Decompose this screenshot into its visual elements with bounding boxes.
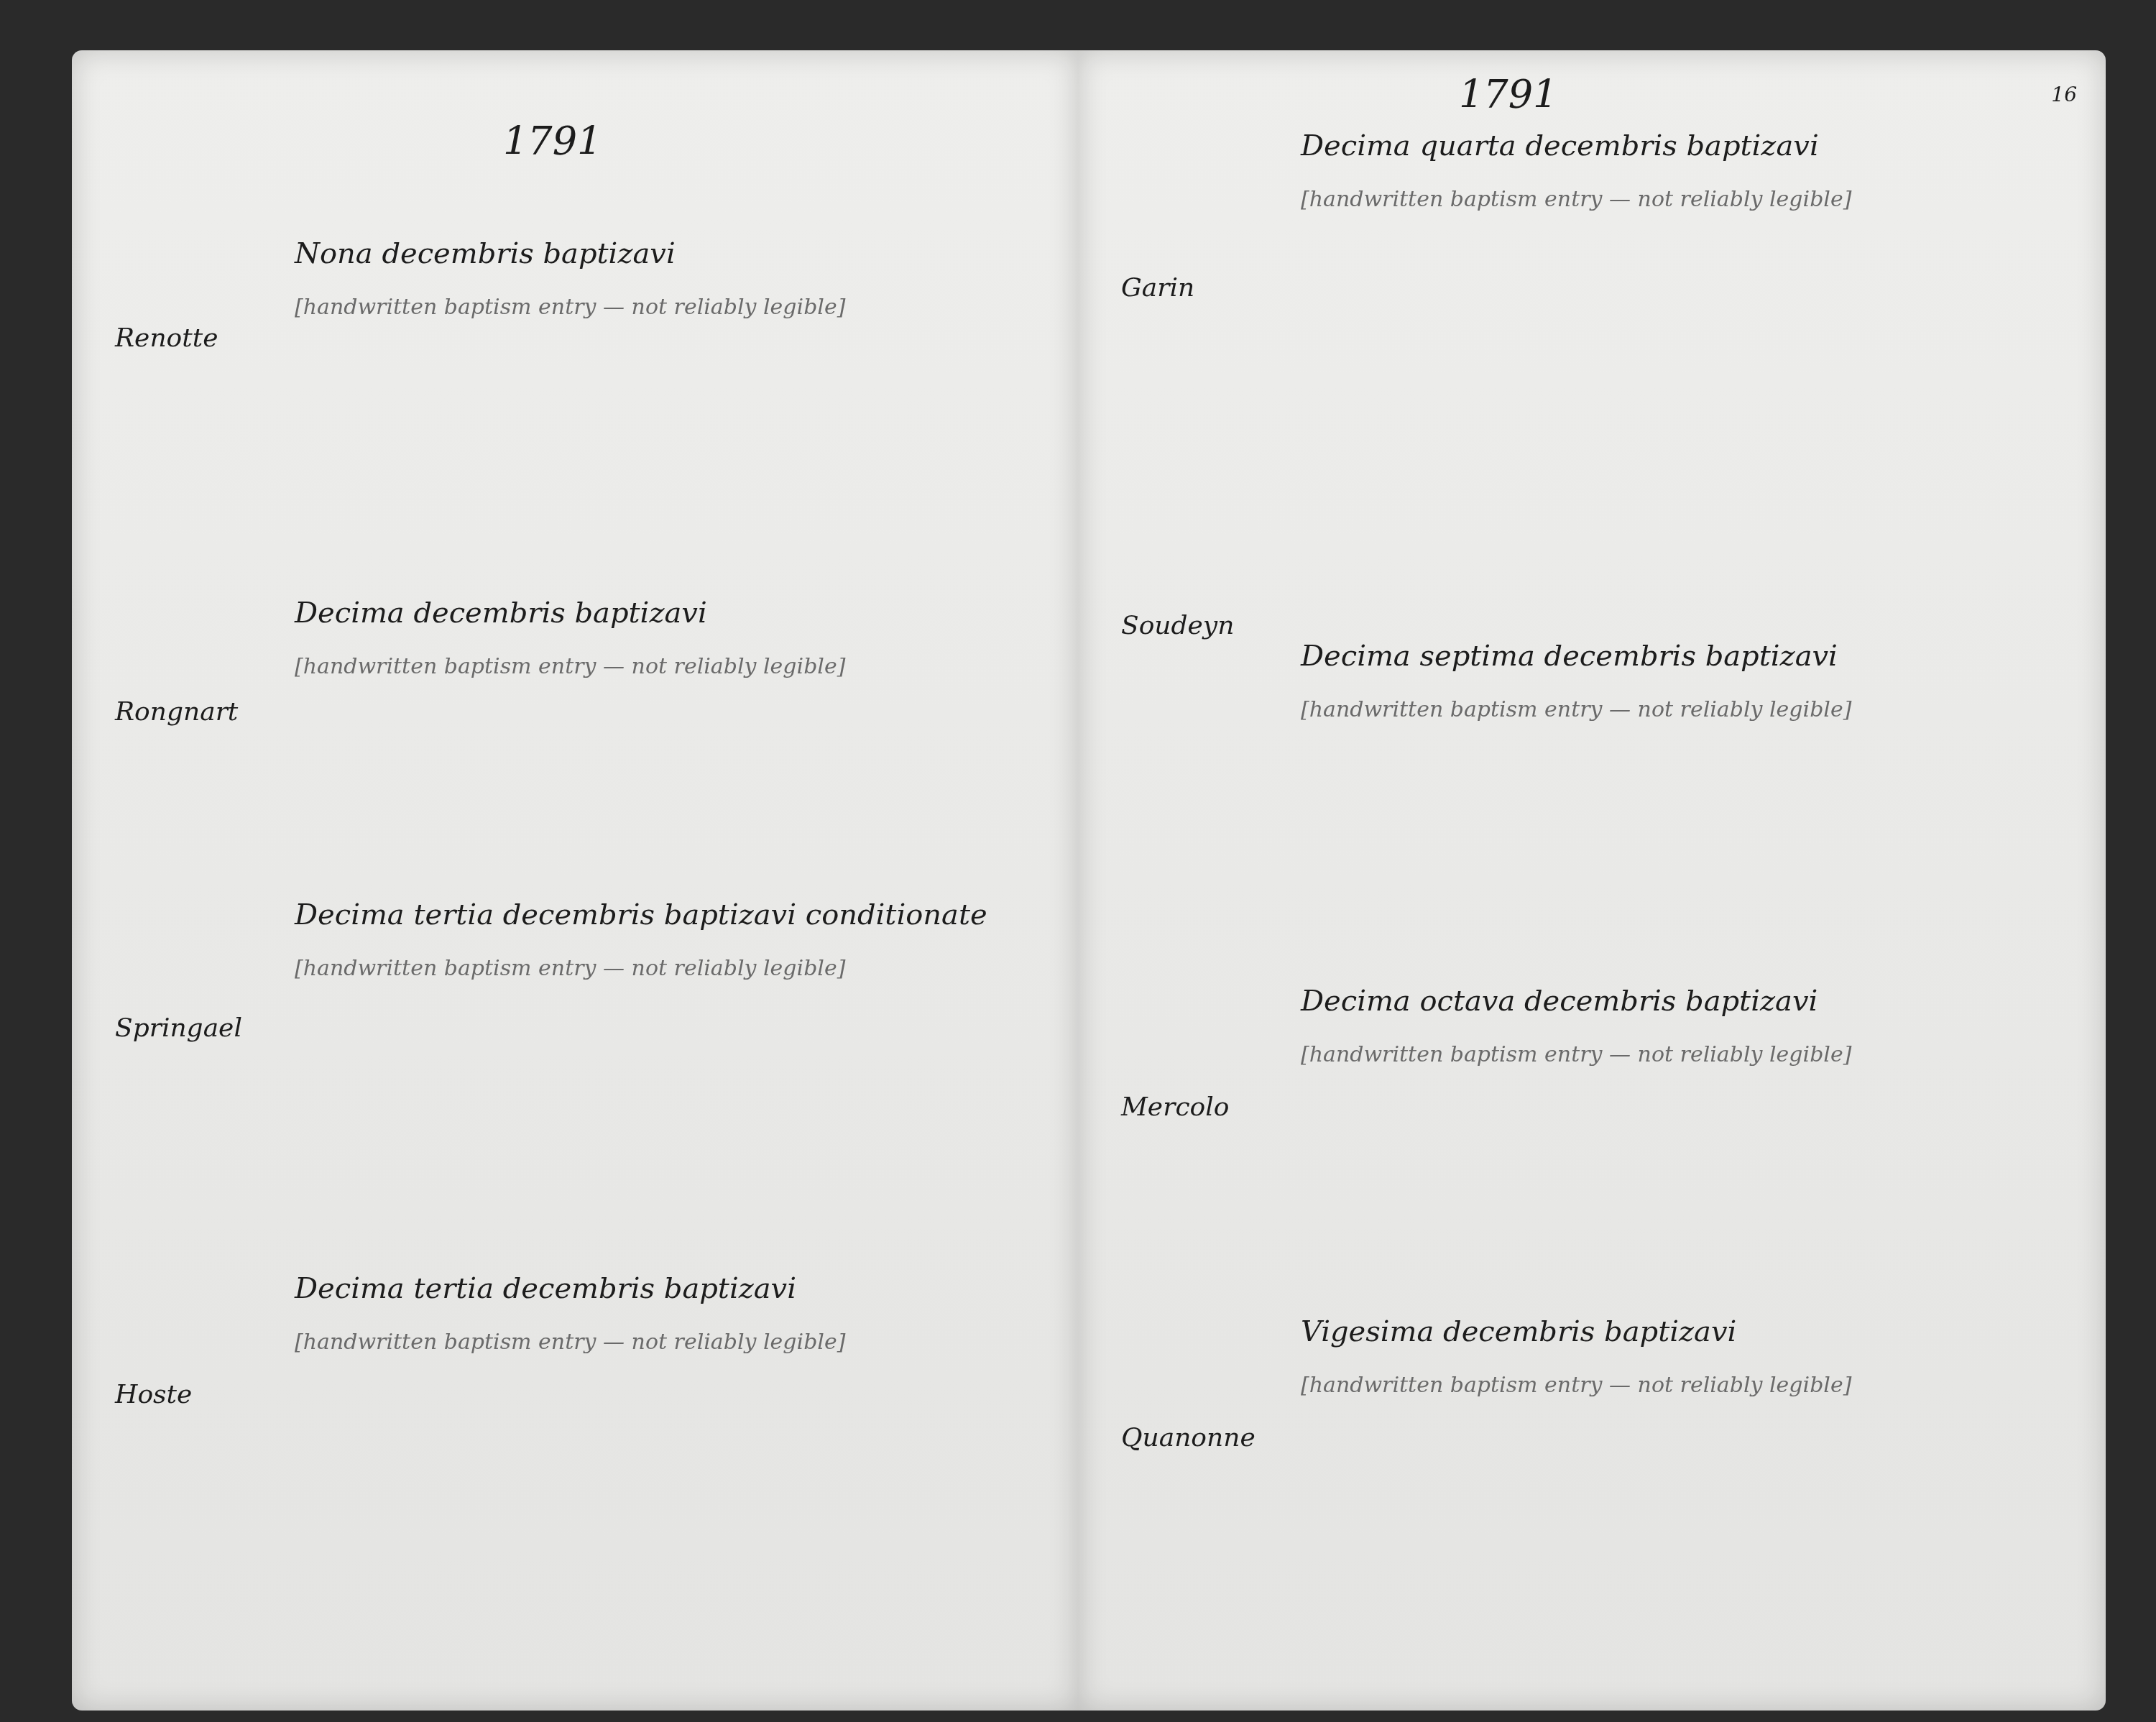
entry-date: Decima septima decembris baptizavi: [1301, 640, 1838, 673]
entry-body: [handwritten baptism entry — not reliabl…: [295, 1330, 845, 1355]
margin-surname: Renotte: [115, 323, 218, 353]
entry-date: Decima octava decembris baptizavi: [1301, 985, 1818, 1018]
year-header: 1791: [1459, 72, 1557, 117]
margin-surname: Hoste: [115, 1380, 192, 1409]
right-page: 1791 16 Garin Decima quarta decembris ba…: [1078, 50, 2106, 1711]
entry-body: [handwritten baptism entry — not reliabl…: [1301, 187, 1851, 212]
margin-surname: Rongnart: [115, 697, 238, 727]
folio-number: 16: [2051, 83, 2077, 106]
left-page: 1791 Renotte Nona decembris baptizavi [h…: [72, 50, 1078, 1711]
entry-date: Vigesima decembris baptizavi: [1301, 1315, 1736, 1348]
entry-body: [handwritten baptism entry — not reliabl…: [295, 956, 845, 981]
entry-date: Nona decembris baptizavi: [295, 237, 676, 270]
margin-surname: Soudeyn: [1121, 611, 1234, 640]
margin-surname: Garin: [1121, 273, 1194, 303]
entry-date: Decima tertia decembris baptizavi condit…: [295, 898, 987, 931]
entry-body: [handwritten baptism entry — not reliabl…: [1301, 1373, 1851, 1398]
year-header: 1791: [503, 119, 602, 164]
entry-date: Decima quarta decembris baptizavi: [1301, 129, 1819, 162]
register-spread: 1791 Renotte Nona decembris baptizavi [h…: [72, 50, 2106, 1711]
entry-body: [handwritten baptism entry — not reliabl…: [1301, 1042, 1851, 1067]
margin-surname: Mercolo: [1121, 1092, 1229, 1122]
entry-date: Decima tertia decembris baptizavi: [295, 1272, 796, 1305]
entry-date: Decima decembris baptizavi: [295, 597, 707, 630]
margin-surname: Quanonne: [1121, 1423, 1256, 1452]
entry-body: [handwritten baptism entry — not reliabl…: [295, 295, 845, 320]
entry-body: [handwritten baptism entry — not reliabl…: [1301, 697, 1851, 722]
entry-body: [handwritten baptism entry — not reliabl…: [295, 654, 845, 679]
margin-surname: Springael: [115, 1013, 242, 1043]
